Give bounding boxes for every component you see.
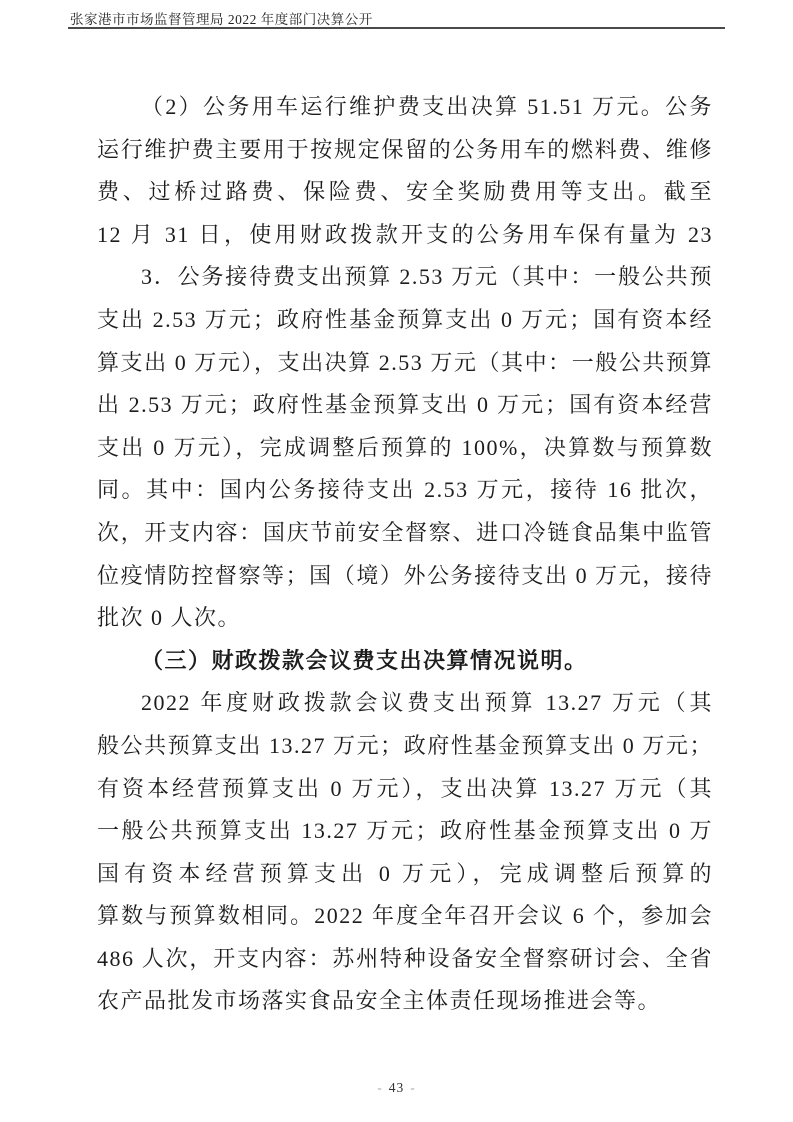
paragraph-line: 486 人次，开支内容：苏州特种设备安全督察研讨会、全省食用 xyxy=(97,938,713,981)
paragraph-line: 位疫情防控督察等；国（境）外公务接待支出 0 万元，接待 0 xyxy=(97,555,713,598)
page-header-title: 张家港市市场监督管理局 2022 年度部门决算公开 xyxy=(70,8,373,28)
paragraph-line: 支出 2.53 万元；政府性基金预算支出 0 万元；国有资本经营预 xyxy=(97,299,713,342)
paragraph-line: 算支出 0 万元），支出决算 2.53 万元（其中：一般公共预算支 xyxy=(97,342,713,385)
paragraph-line: 出 2.53 万元；政府性基金预算支出 0 万元；国有资本经营预算 xyxy=(97,384,713,427)
paragraph-line: 3．公务接待费支出预算 2.53 万元（其中：一般公共预算 xyxy=(97,256,713,299)
document-body: （2）公务用车运行维护费支出决算 51.51 万元。公务用车 运行维护费主要用于… xyxy=(97,86,713,1023)
paragraph-line: 般公共预算支出 13.27 万元；政府性基金预算支出 0 万元；国 xyxy=(97,725,713,768)
paragraph-line: 批次 0 人次。 xyxy=(97,597,713,640)
paragraph-line: 费、过桥过路费、保险费、安全奖励费用等支出。截至 2022 年 xyxy=(97,171,713,214)
paragraph: 3．公务接待费支出预算 2.53 万元（其中：一般公共预算 支出 2.53 万元… xyxy=(97,256,713,639)
paragraph-line: 有资本经营预算支出 0 万元），支出决算 13.27 万元（其中： xyxy=(97,768,713,811)
paragraph-line: 运行维护费主要用于按规定保留的公务用车的燃料费、维修 xyxy=(97,129,713,172)
page-footer: -43- xyxy=(0,1080,793,1096)
section-heading-block: （三）财政拨款会议费支出决算情况说明。 xyxy=(97,640,713,683)
paragraph-line: 12 月 31 日，使用财政拨款开支的公务用车保有量为 23 辆。 xyxy=(97,214,713,257)
paragraph: （2）公务用车运行维护费支出决算 51.51 万元。公务用车 运行维护费主要用于… xyxy=(97,86,713,256)
paragraph-line: 次，开支内容：国庆节前安全督察、进口冷链食品集中监管单 xyxy=(97,512,713,555)
paragraph-line: 算数与预算数相同。2022 年度全年召开会议 6 个，参加会议 xyxy=(97,895,713,938)
paragraph-line: 国有资本经营预算支出 0 万元），完成调整后预算的 100%，决 xyxy=(97,853,713,896)
paragraph-line: 支出 0 万元），完成调整后预算的 100%，决算数与预算数相 xyxy=(97,427,713,470)
paragraph-line: （2）公务用车运行维护费支出决算 51.51 万元。公务用车 xyxy=(97,86,713,129)
paragraph-line: 农产品批发市场落实食品安全主体责任现场推进会等。 xyxy=(97,980,713,1023)
page-number-dash-left: - xyxy=(371,1080,389,1095)
document-page: 张家港市市场监督管理局 2022 年度部门决算公开 （2）公务用车运行维护费支出… xyxy=(0,0,793,1122)
paragraph: 2022 年度财政拨款会议费支出预算 13.27 万元（其中：一 般公共预算支出… xyxy=(97,682,713,1023)
section-heading: （三）财政拨款会议费支出决算情况说明。 xyxy=(97,640,713,683)
paragraph-line: 一般公共预算支出 13.27 万元；政府性基金预算支出 0 万元； xyxy=(97,810,713,853)
paragraph-line: 同。其中：国内公务接待支出 2.53 万元，接待 16 批次，141 人 xyxy=(97,469,713,512)
paragraph-line: 2022 年度财政拨款会议费支出预算 13.27 万元（其中：一 xyxy=(97,682,713,725)
page-number: 43 xyxy=(389,1080,405,1095)
page-number-dash-right: - xyxy=(404,1080,422,1095)
header-divider xyxy=(68,27,725,29)
